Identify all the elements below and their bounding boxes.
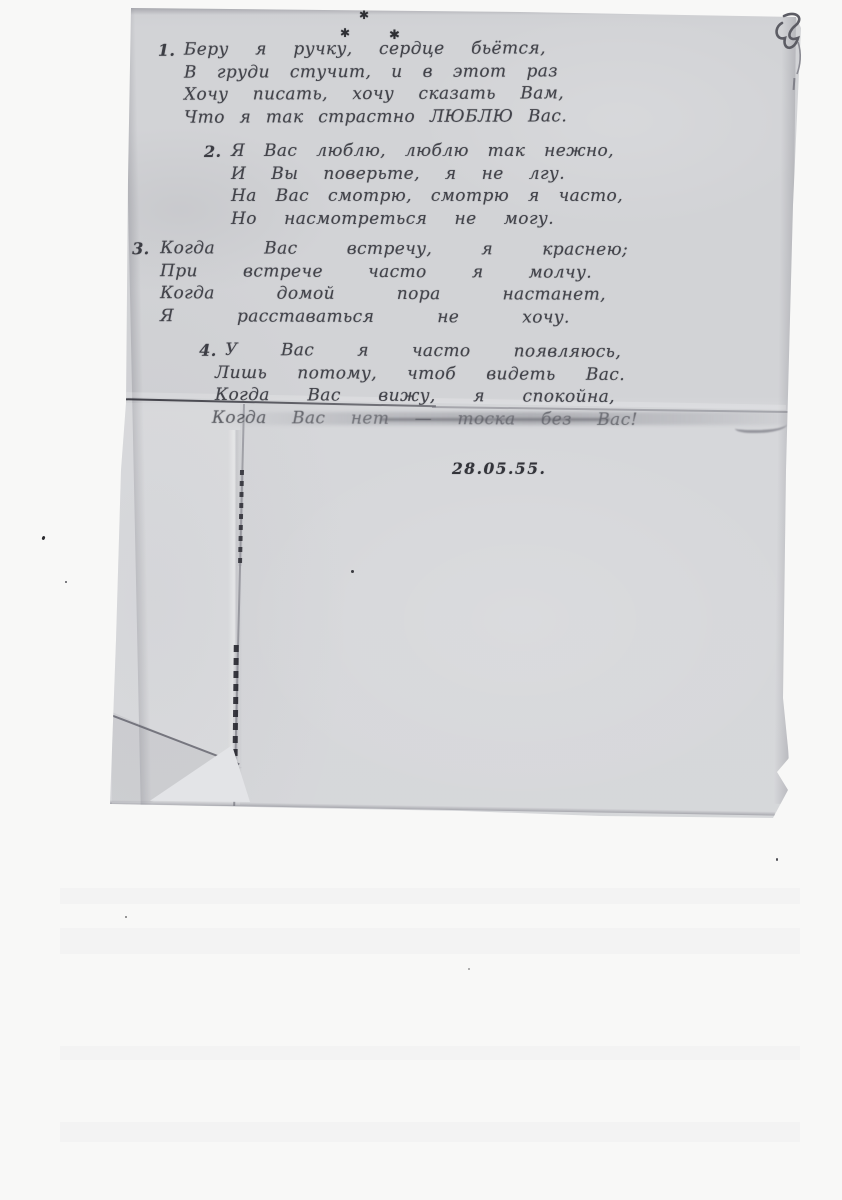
poem-stanza-1: 1. Беру я ручку, сердце бьётся, В груди … <box>184 38 567 129</box>
asterisk-ornament: ✱ <box>340 26 350 40</box>
stanza-number: 3. <box>132 239 150 258</box>
paper-edge-shadow-top <box>128 8 800 15</box>
scan-speck <box>41 536 45 541</box>
poem-line: Когда Вас встречу, я краснею; <box>160 238 628 262</box>
poem-line: Я Вас люблю, люблю так нежно, <box>231 141 614 164</box>
poem-line: У Вас я часто появляюсь, <box>225 340 621 365</box>
poem-line: Когда домой пора настанет, <box>160 283 606 307</box>
scan-speck <box>125 916 127 918</box>
fold-flap-shadow <box>112 712 242 802</box>
paper-tear-mark-lower <box>232 645 239 791</box>
ghost-band <box>60 928 800 954</box>
stanza-number: 4. <box>199 341 217 360</box>
fold-flap-crease <box>103 711 240 765</box>
poem-line: На Вас смотрю, смотрю я часто, <box>231 186 623 209</box>
scan-speck <box>468 968 470 970</box>
poem-line: В груди стучит, и в этот раз <box>184 61 558 85</box>
paper-edge-shadow-right <box>774 16 796 804</box>
paper-edge-shadow-bottom <box>110 800 775 816</box>
scan-speck <box>65 581 67 583</box>
scanned-letter: ✱ ✱ ✱ 1. Беру я ручку, сердце бьётся, В … <box>0 0 842 1200</box>
stanza-number: 1. <box>158 41 176 60</box>
fold-panel-highlight <box>112 403 240 805</box>
ghost-band <box>60 1122 800 1142</box>
poem-line: Когда Вас нет — тоска без Вас! <box>212 407 638 432</box>
scan-speck <box>351 570 354 573</box>
poem-line: Когда Вас вижу, я спокойна, <box>215 385 615 410</box>
poem-line: И Вы поверьте, я не лгу. <box>231 164 565 187</box>
poem-stanza-3: 3. Когда Вас встречу, я краснею; При вст… <box>160 238 628 330</box>
paper-tear-mark-upper <box>238 470 244 566</box>
poem-line: Беру я ручку, сердце бьётся, <box>184 38 546 62</box>
ghost-band <box>60 1046 800 1060</box>
stanza-number: 2. <box>204 142 222 161</box>
corner-curl-mark <box>768 8 812 80</box>
poem-line: Лишь потому, чтоб видеть Вас. <box>215 362 625 387</box>
poem-line: Я расставаться не хочу. <box>160 306 570 330</box>
poem-stanza-4: 4. У Вас я часто появляюсь, Лишь потому,… <box>225 340 638 432</box>
letter-paper: ✱ ✱ ✱ 1. Беру я ручку, сердце бьётся, В … <box>0 0 842 1200</box>
poem-line: Что я так страстно ЛЮБЛЮ Вас. <box>184 106 567 130</box>
paper-edge-shadow-left <box>124 8 152 806</box>
scan-speck <box>776 858 778 861</box>
poem-line: Но насмотреться не могу. <box>231 209 554 232</box>
fold-crease-vertical-highlight <box>228 430 242 800</box>
poem-line: Хочу писать, хочу сказать Вам, <box>184 83 564 107</box>
ink-smear-hook <box>735 418 787 433</box>
poem-line: При встрече часто я молчу. <box>160 261 592 285</box>
fold-crease-vertical <box>233 404 245 806</box>
fold-flap <box>150 744 250 807</box>
asterisk-ornament: ✱ <box>359 8 369 22</box>
date-text: 28.05.55. <box>452 459 546 478</box>
ghost-band <box>60 888 800 904</box>
poem-stanza-2: 2. Я Вас люблю, люблю так нежно, И Вы по… <box>231 141 623 231</box>
